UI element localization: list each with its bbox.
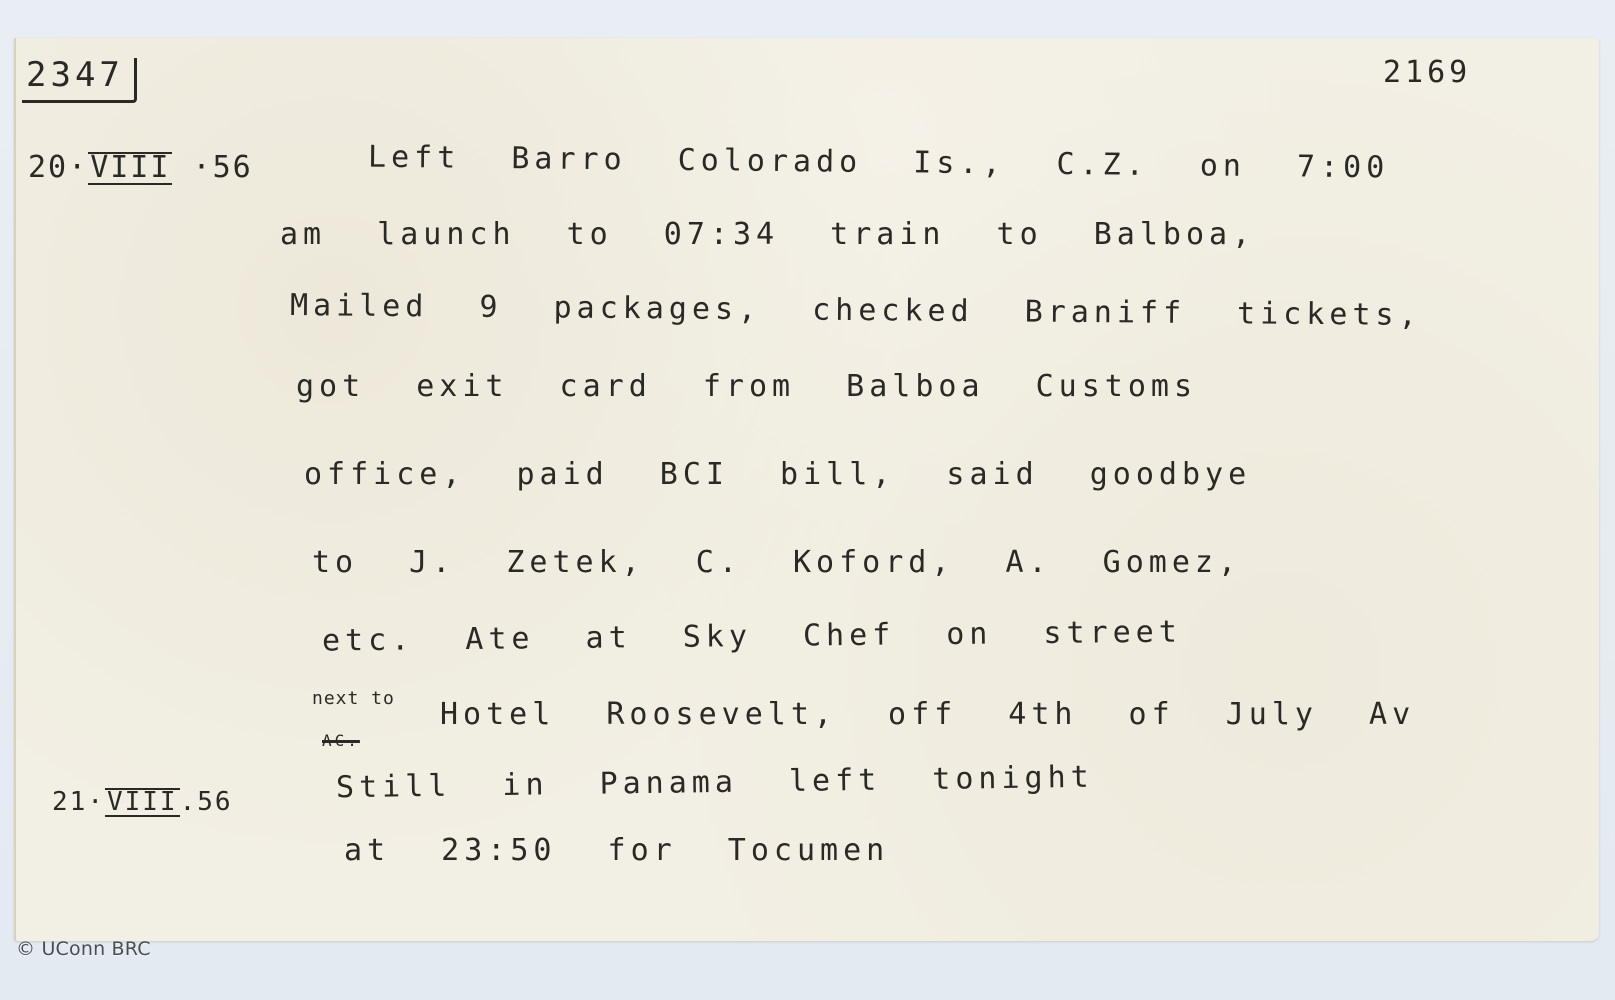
entry-date: 21·VIII.56 [52, 788, 233, 817]
entry-line: office, paid BCI bill, said goodbye [304, 460, 1251, 490]
viewer-stage: 2347 2169 20·VIII ·56 Left Barro Colorad… [0, 0, 1615, 1000]
date-year: 56 [197, 787, 232, 817]
insertion-note: next to [312, 690, 395, 708]
copyright-watermark: © UConn BRC [16, 938, 151, 960]
entry-line: Hotel Roosevelt, off 4th of July Av [440, 700, 1415, 730]
entry-line: at 23:50 for Tocumen [344, 836, 889, 866]
date-year: 56 [213, 150, 253, 185]
date-separator: · [87, 787, 105, 817]
entry-line: got exit card from Balboa Customs [296, 372, 1197, 402]
entry-line: am launch to 07:34 train to Balboa, [280, 220, 1255, 250]
date-day: 21 [52, 787, 87, 817]
entry-date: 20·VIII ·56 [28, 152, 253, 185]
struck-text: AC. [322, 733, 360, 749]
date-day: 20 [28, 150, 68, 185]
catalog-number: 2347 [22, 58, 137, 103]
date-month-roman: VIII [105, 788, 180, 817]
date-separator: · [172, 150, 212, 185]
date-separator: . [180, 787, 198, 817]
card-number: 2169 [1383, 58, 1471, 88]
date-month-roman: VIII [88, 152, 172, 185]
date-separator: · [68, 150, 88, 185]
entry-line: etc. Ate at Sky Chef on street [322, 617, 1182, 656]
entry-line: to J. Zetek, C. Koford, A. Gomez, [312, 548, 1241, 578]
